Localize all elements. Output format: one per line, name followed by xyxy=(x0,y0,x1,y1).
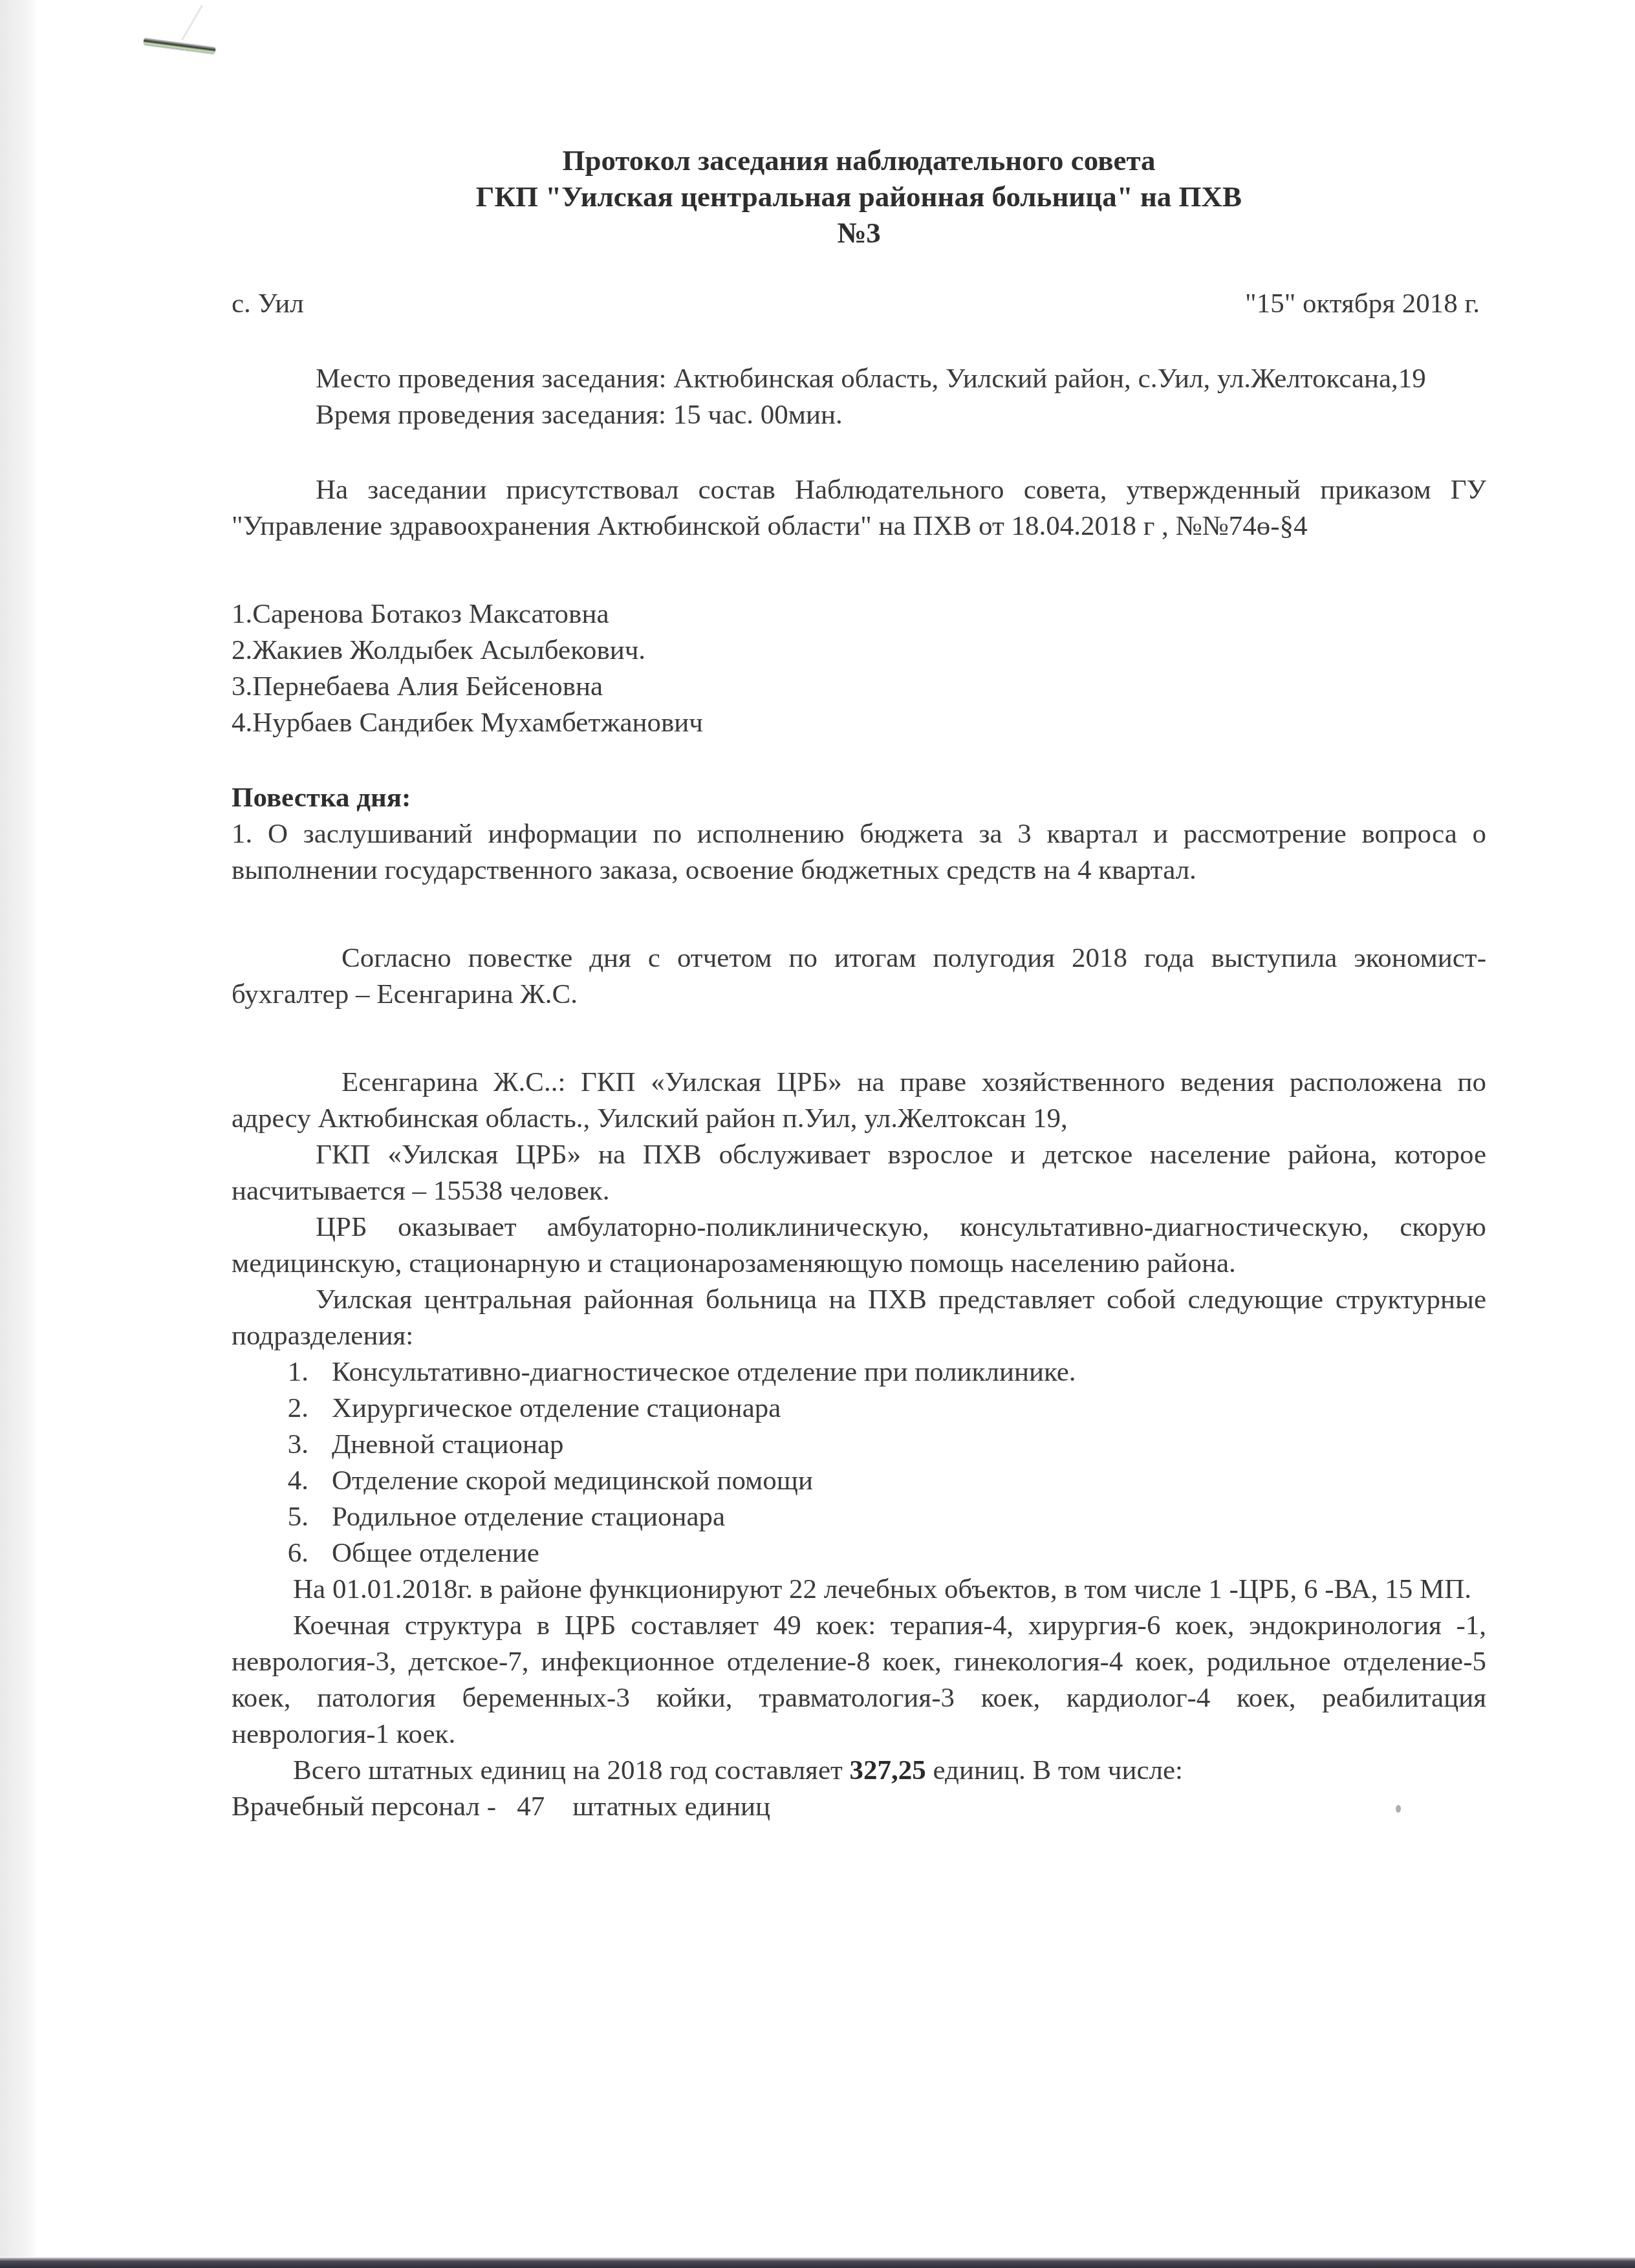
location-paragraph: Есенгарина Ж.С..: ГКП «Уилская ЦРБ» на п… xyxy=(232,1064,1486,1137)
agenda-item-1: 1. О заслушиваний информации по исполнен… xyxy=(232,816,1486,889)
place-date-row: с. Уил "15" октября 2018 г. xyxy=(232,286,1486,322)
scan-margin-strip xyxy=(0,0,36,2257)
title-line-1: Протокол заседания наблюдательного совет… xyxy=(232,142,1486,178)
date: "15" октября 2018 г. xyxy=(1245,286,1480,322)
protocol-number: №3 xyxy=(232,215,1486,251)
member-item: 2.Жакиев Жолдыбек Асылбекович. xyxy=(232,632,1486,669)
speaker-paragraph: Согласно повестке дня с отчетом по итога… xyxy=(232,940,1486,1013)
doctors-line: Врачебный персонал - 47 штатных единиц xyxy=(232,1789,1486,1825)
structure-paragraph: Уилская центральная районная больница на… xyxy=(232,1282,1486,1354)
staple-leg xyxy=(181,5,203,41)
member-item: 4.Нурбаев Сандибек Мухамбетжанович xyxy=(232,705,1486,741)
title-line-2: ГКП "Уилская центральная районная больни… xyxy=(232,178,1486,215)
attendance-text: На заседании присутствовал состав Наблюд… xyxy=(232,472,1486,545)
member-item: 1.Саренова Ботакоз Максатовна xyxy=(232,596,1486,632)
objects-paragraph: На 01.01.2018г. в районе функционируют 2… xyxy=(232,1571,1486,1608)
department-item: 5.Родильное отделение стационара xyxy=(232,1499,1486,1535)
department-item: 3.Дневной стационар xyxy=(232,1427,1486,1463)
members-list: 1.Саренова Ботакоз Максатовна 2.Жакиев Ж… xyxy=(232,596,1486,741)
departments-list: 1.Консультативно-диагностическое отделен… xyxy=(232,1354,1486,1571)
document-title: Протокол заседания наблюдательного совет… xyxy=(232,142,1486,251)
beds-paragraph: Коечная структура в ЦРБ составляет 49 ко… xyxy=(232,1608,1486,1753)
staff-total: 327,25 xyxy=(850,1755,926,1786)
scanner-edge xyxy=(0,2258,1635,2268)
services-paragraph: ЦРБ оказывает амбулаторно-поликлиническу… xyxy=(232,1209,1486,1282)
member-item: 3.Пернебаева Алия Бейсеновна xyxy=(232,669,1486,705)
staff-paragraph: Всего штатных единиц на 2018 год составл… xyxy=(232,1753,1486,1789)
department-item: 6.Общее отделение xyxy=(232,1535,1486,1571)
population-paragraph: ГКП «Уилская ЦРБ» на ПХВ обслуживает взр… xyxy=(232,1137,1486,1209)
department-item: 2.Хирургическое отделение стационара xyxy=(232,1390,1486,1427)
agenda-title: Повестка дня: xyxy=(232,780,1486,816)
department-item: 4.Отделение скорой медицинской помощи xyxy=(232,1463,1486,1499)
document-page: Протокол заседания наблюдательного совет… xyxy=(232,142,1486,1825)
department-item: 1.Консультативно-диагностическое отделен… xyxy=(232,1354,1486,1390)
venue-time: Время проведения заседания: 15 час. 00ми… xyxy=(232,397,1486,433)
venue-location: Место проведения заседания: Актюбинская … xyxy=(232,361,1486,397)
place: с. Уил xyxy=(232,286,304,322)
staple-icon xyxy=(143,38,215,54)
